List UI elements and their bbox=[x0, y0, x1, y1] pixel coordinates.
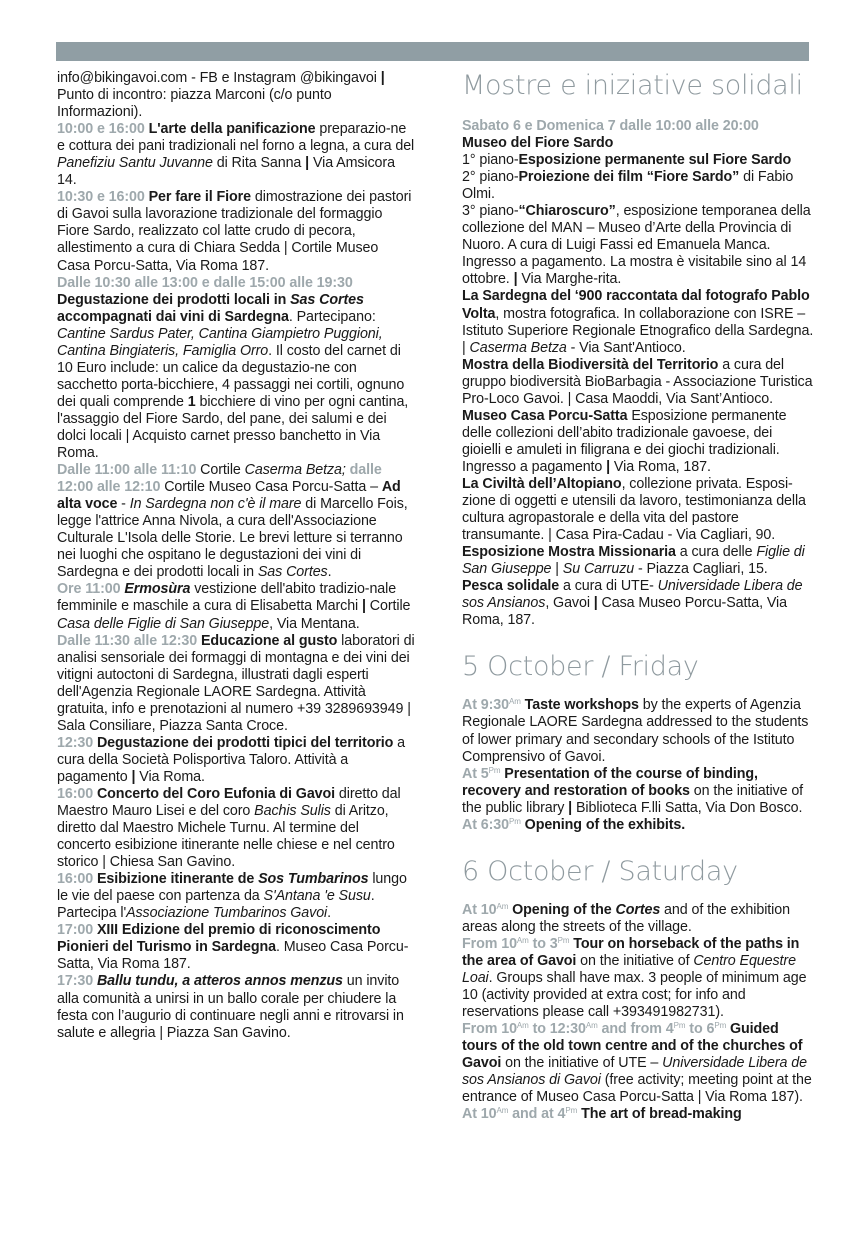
event-item: 10:00 e 16:00 L'arte della panificazione… bbox=[57, 121, 415, 189]
floor-title: “Chiaroscuro” bbox=[518, 203, 615, 219]
event-time: Ore 11:00 bbox=[57, 581, 121, 597]
event-location: Cortile Museo Casa Porcu-Satta – bbox=[160, 479, 381, 495]
event-time: Dalle 11:00 alle 11:10 bbox=[57, 462, 196, 478]
event-time: to 6 bbox=[685, 1021, 714, 1037]
event-text-italic: Panefiziu Santu Juvanne bbox=[57, 155, 213, 171]
event-location: Via Roma. bbox=[135, 769, 204, 785]
exhibit-location-italic: Su Carruzu bbox=[563, 561, 634, 577]
event-title: Per fare il Fiore bbox=[149, 189, 251, 205]
section-title-saturday: 6 October / Saturday bbox=[462, 856, 814, 888]
event-item: From 10Am to 3Pm Tour on horseback of th… bbox=[462, 936, 814, 1021]
event-text-italic: Bachis Sulis bbox=[254, 803, 331, 819]
event-time: and at 4 bbox=[508, 1106, 565, 1122]
event-time: 16:00 bbox=[57, 871, 93, 887]
am-pm-label: Pm bbox=[565, 1106, 577, 1115]
exhibit-title: Esposizione Mostra Missionaria bbox=[462, 544, 676, 560]
event-time: 16:00 bbox=[57, 786, 93, 802]
exhibit-text: a cura delle bbox=[676, 544, 756, 560]
event-title: Opening of the exhibits. bbox=[521, 817, 685, 833]
section-title-friday: 5 October / Friday bbox=[462, 651, 814, 683]
event-text: on the initiative of UTE – bbox=[501, 1055, 662, 1071]
floor-item: 1° piano-Esposizione permanente sul Fior… bbox=[462, 152, 814, 169]
event-title: L'arte della panificazione bbox=[149, 121, 316, 137]
am-pm-label: Am bbox=[517, 936, 529, 945]
event-text-italic: Associazione Tumbarinos Gavoi bbox=[126, 905, 327, 921]
floor-title: Esposizione permanente sul Fiore Sardo bbox=[518, 152, 791, 168]
exhibit-location: - Via Sant'Antioco. bbox=[567, 340, 686, 356]
floor-label: 2° piano- bbox=[462, 169, 518, 185]
event-text: . bbox=[327, 905, 331, 921]
event-title: Ballu tundu, a atteros annos menzus bbox=[97, 973, 343, 989]
am-pm-label: Pm bbox=[558, 936, 570, 945]
event-text-italic: Sas Cortes bbox=[258, 564, 328, 580]
event-title: The art of bread-making bbox=[577, 1106, 741, 1122]
exhibit-location: - Piazza Cagliari, 15. bbox=[634, 561, 768, 577]
exhibit-item: La Sardegna del ‘900 raccontata dal foto… bbox=[462, 288, 814, 356]
event-title: Educazione al gusto bbox=[201, 633, 337, 649]
event-item: Ore 11:00 Ermosùra vestizione dell'abito… bbox=[57, 581, 415, 632]
event-text: - bbox=[117, 496, 129, 512]
exhibit-text: , Gavoi bbox=[545, 595, 593, 611]
am-pm-label: Pm bbox=[489, 766, 501, 775]
event-time: 12:30 bbox=[57, 735, 93, 751]
event-location-italic: Casa delle Figlie di San Giuseppe bbox=[57, 616, 269, 632]
event-time: At 10 bbox=[462, 1106, 496, 1122]
event-text: . Groups shall have max. 3 people of min… bbox=[462, 970, 806, 1020]
book-title: In Sardegna non c'è il mare bbox=[130, 496, 302, 512]
exhibit-date: Sabato 6 e Domenica 7 dalle 10:00 alle 2… bbox=[462, 118, 814, 135]
event-item: 17:30 Ballu tundu, a atteros annos menzu… bbox=[57, 973, 415, 1041]
right-column: Mostre e iniziative solidali Sabato 6 e … bbox=[462, 70, 814, 1123]
am-pm-label: Am bbox=[496, 902, 508, 911]
event-title: accompagnati dai vini di Sardegna bbox=[57, 309, 289, 325]
am-pm-label: Am bbox=[496, 1106, 508, 1115]
floor-title: Proiezione dei film bbox=[518, 169, 646, 185]
am-pm-label: Am bbox=[509, 697, 521, 706]
event-time: and from 4 bbox=[598, 1021, 674, 1037]
event-title: Degustazione dei prodotti tipici del ter… bbox=[97, 735, 393, 751]
event-time: 17:00 bbox=[57, 922, 93, 938]
exhibit-text: a cura di UTE- bbox=[559, 578, 658, 594]
event-item: At 9:30Am Taste workshops by the experts… bbox=[462, 697, 814, 765]
event-item: Dalle 11:00 alle 11:10 Cortile Caserma B… bbox=[57, 462, 415, 581]
exhibit-item: La Civiltà dell’Altopiano, collezione pr… bbox=[462, 476, 814, 544]
header-bar bbox=[56, 42, 809, 61]
event-time: to 3 bbox=[529, 936, 558, 952]
event-text: on the initiative of bbox=[576, 953, 693, 969]
event-time: At 9:30 bbox=[462, 697, 509, 713]
separator: | bbox=[551, 561, 562, 577]
event-title: Opening of the bbox=[508, 902, 615, 918]
event-item: 12:30 Degustazione dei prodotti tipici d… bbox=[57, 735, 415, 786]
event-title-italic: Cortes bbox=[616, 902, 661, 918]
floor-location: Via Marghe-rita. bbox=[517, 271, 621, 287]
am-pm-label: Pm bbox=[714, 1021, 726, 1030]
event-location: , Via Mentana. bbox=[269, 616, 360, 632]
separator: | bbox=[381, 70, 385, 86]
event-time: Dalle 11:30 alle 12:30 bbox=[57, 633, 197, 649]
event-item: Dalle 11:30 alle 12:30 Educazione al gus… bbox=[57, 633, 415, 735]
event-item: At 10Am and at 4Pm The art of bread-maki… bbox=[462, 1106, 814, 1123]
event-text: Cortile bbox=[366, 598, 411, 614]
event-item: Dalle 10:30 alle 13:00 e dalle 15:00 all… bbox=[57, 275, 415, 463]
event-text-italic: S'Antana 'e Susu bbox=[264, 888, 371, 904]
event-time: At 10 bbox=[462, 902, 496, 918]
event-item: 10:30 e 16:00 Per fare il Fiore dimostra… bbox=[57, 189, 415, 274]
exhibit-item: Pesca solidale a cura di UTE- Universida… bbox=[462, 578, 814, 629]
section-title-exhibitions: Mostre e iniziative solidali bbox=[462, 70, 814, 102]
am-pm-label: Pm bbox=[674, 1021, 686, 1030]
event-text: . Partecipano: bbox=[289, 309, 376, 325]
am-pm-label: Pm bbox=[509, 817, 521, 826]
event-item: At 10Am Opening of the Cortes and of the… bbox=[462, 902, 814, 936]
event-time: 17:30 bbox=[57, 973, 93, 989]
meeting-point: Punto di incontro: piazza Marconi (c/o p… bbox=[57, 87, 332, 120]
contact-info: info@bikingavoi.com - FB e Instagram @bi… bbox=[57, 70, 415, 121]
event-location-italic: Caserma Betza; bbox=[245, 462, 346, 478]
event-time: At 5 bbox=[462, 766, 489, 782]
event-item: 16:00 Concerto del Coro Eufonia di Gavoi… bbox=[57, 786, 415, 871]
event-title: Ermosùra bbox=[124, 581, 190, 597]
event-title: Esibizione itinerante de bbox=[97, 871, 258, 887]
event-location: Biblioteca F.lli Satta, Via Don Bosco. bbox=[572, 800, 802, 816]
exhibit-item: Museo Casa Porcu-Satta Esposizione perma… bbox=[462, 408, 814, 476]
event-item: From 10Am to 12:30Am and from 4Pm to 6Pm… bbox=[462, 1021, 814, 1106]
contact-email-social: info@bikingavoi.com - FB e Instagram @bi… bbox=[57, 70, 381, 86]
event-text-bold: 1 bbox=[188, 394, 196, 410]
event-text: Cortile bbox=[196, 462, 244, 478]
museum-title: Museo del Fiore Sardo bbox=[462, 135, 613, 151]
floor-label: 1° piano- bbox=[462, 152, 518, 168]
event-title: Taste workshops bbox=[521, 697, 639, 713]
event-item: 17:00 XIII Edizione del premio di ricono… bbox=[57, 922, 415, 973]
event-time: From 10 bbox=[462, 1021, 517, 1037]
am-pm-label: Am bbox=[517, 1021, 529, 1030]
floor-label: 3° piano- bbox=[462, 203, 518, 219]
event-text: . bbox=[328, 564, 332, 580]
event-time: to 12:30 bbox=[529, 1021, 586, 1037]
event-time: At 6:30 bbox=[462, 817, 509, 833]
event-item: 16:00 Esibizione itinerante de Sos Tumba… bbox=[57, 871, 415, 922]
exhibit-title: Mostra della Biodiversità del Territorio bbox=[462, 357, 718, 373]
floor-item: 3° piano-“Chiaroscuro”, esposizione temp… bbox=[462, 203, 814, 288]
am-pm-label: Am bbox=[586, 1021, 598, 1030]
exhibit-location: Via Roma, 187. bbox=[610, 459, 711, 475]
event-time: 10:30 e 16:00 bbox=[57, 189, 145, 205]
event-time: Dalle 10:30 alle 13:00 e dalle 15:00 all… bbox=[57, 275, 353, 291]
event-item: At 5Pm Presentation of the course of bin… bbox=[462, 766, 814, 817]
event-time: Sabato 6 e Domenica 7 dalle 10:00 alle 2… bbox=[462, 118, 759, 134]
exhibit-item: Esposizione Mostra Missionaria a cura de… bbox=[462, 544, 814, 578]
event-title-italic: Sas Cortes bbox=[290, 292, 364, 308]
event-time: 10:00 e 16:00 bbox=[57, 121, 145, 137]
event-item: At 6:30Pm Opening of the exhibits. bbox=[462, 817, 814, 834]
floor-item: 2° piano-Proiezione dei film “Fiore Sard… bbox=[462, 169, 814, 203]
exhibit-title: Pesca solidale bbox=[462, 578, 559, 594]
event-title: Degustazione dei prodotti locali in bbox=[57, 292, 290, 308]
exhibit-item: Mostra della Biodiversità del Territorio… bbox=[462, 357, 814, 408]
exhibit-title: Museo Casa Porcu-Satta bbox=[462, 408, 627, 424]
museum-name: Museo del Fiore Sardo bbox=[462, 135, 814, 152]
exhibit-title: La Civiltà dell’Altopiano bbox=[462, 476, 622, 492]
film-title: “Fiore Sardo” bbox=[647, 169, 739, 185]
exhibit-location-italic: Caserma Betza bbox=[470, 340, 567, 356]
event-time: From 10 bbox=[462, 936, 517, 952]
left-column: info@bikingavoi.com - FB e Instagram @bi… bbox=[57, 70, 415, 1042]
event-title-italic: Sos Tumbarinos bbox=[258, 871, 368, 887]
event-title: Concerto del Coro Eufonia di Gavoi bbox=[97, 786, 335, 802]
event-text: di Rita Sanna bbox=[213, 155, 305, 171]
